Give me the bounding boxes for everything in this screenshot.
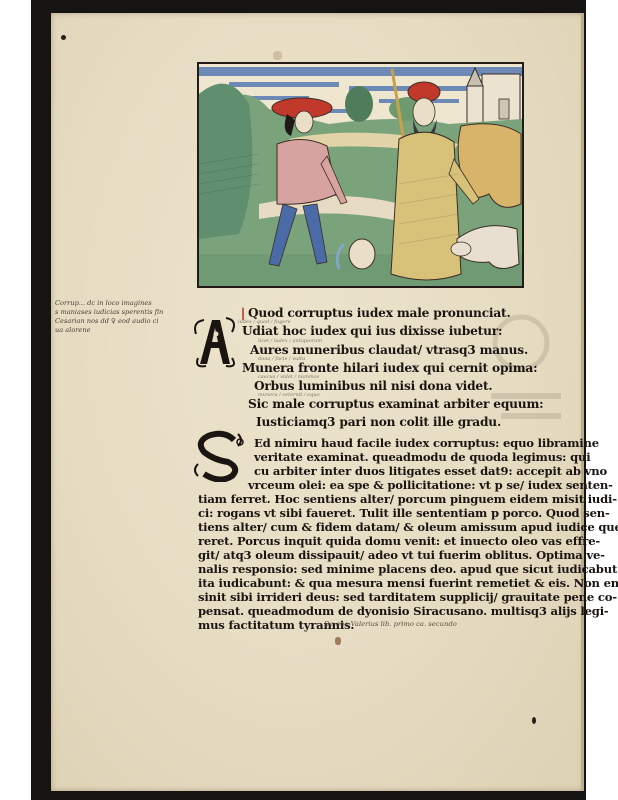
prose-line-6: ci: rogans vt sibi faueret. Tulit ille s… [198,506,610,520]
brown-stain [273,51,282,60]
marginal-line: Cesarian nos dd ♀ eod audio ci [55,317,205,326]
prose-line-9: git/ atq3 oleum dissipauit/ adeo vt tui … [198,548,605,562]
prose-line-13: pensat. queadmodum de dyonisio Siracusan… [198,604,609,618]
marginal-line: s maniases iudicias sperentis fin [55,308,205,317]
verse-line-1: Udiat hoc iudex qui ius dixisse iubetur: [242,324,502,338]
prose-line-12: sinit sibi irrideri deus: sed tarditatem… [198,590,617,604]
chapter-heading: ❘Quod corruptus iudex male pronunciat. [238,306,511,320]
ink-speck [532,717,536,724]
prose-line-8: reret. Porcus inquit quida domu venit: e… [198,534,600,548]
woodcut-illustration [197,62,524,288]
verse-line-6: Iusticiamq3 pari non colit ille gradu. [256,415,501,429]
handwritten-bottom-note: De quo Valerius lib. primo ca. secundo [324,620,457,628]
verse-line-5: Sic male corruptus examinat arbiter equu… [248,397,543,411]
verse-line-3: Munera fronte hilari iudex qui cernit op… [242,361,537,375]
rubric-mark: ❘ [238,306,248,320]
prose-line-2: veritate examinat. queadmodu de quoda le… [254,450,590,464]
decorated-initial-s-icon [194,430,244,482]
prose-line-4: vrceum olei: ea spe & pollicitatione: vt… [248,478,613,492]
prose-line-1: Ed nimiru haud facile iudex corruptus: e… [254,436,599,450]
marginal-line: ua alorene [55,326,205,335]
prose-line-11: ita iudicabunt: & qua mesura mensi fueri… [198,576,618,590]
verse-line-4: Orbus luminibus nil nisi dona videt. [254,379,492,393]
prose-line-7: tiens alter/ cum & fidem datam/ & oleum … [198,520,618,534]
heading-text: Quod corruptus iudex male pronunciat. [248,306,511,320]
page-edge [581,13,584,791]
woodcut-scene-icon [199,64,522,286]
decorated-initial-a-icon [194,314,236,368]
prose-line-3: cu arbiter inter duos litigates esset da… [254,464,607,478]
marginal-note-left: Corrup... dc in loco imagines s maniases… [55,299,205,335]
verse-line-2: Aures muneribus claudat/ vtrasq3 manus. [250,343,528,357]
manuscript-page: Corrup... dc in loco imagines s maniases… [51,13,584,791]
prose-line-10: nalis responsio: sed minime placens deo.… [198,562,617,576]
prose-line-5: tiam ferret. Hoc sentiens alter/ porcum … [198,492,617,506]
marginal-line: Corrup... dc in loco imagines [55,299,205,308]
brown-stain [335,637,341,645]
ink-speck [61,35,66,40]
